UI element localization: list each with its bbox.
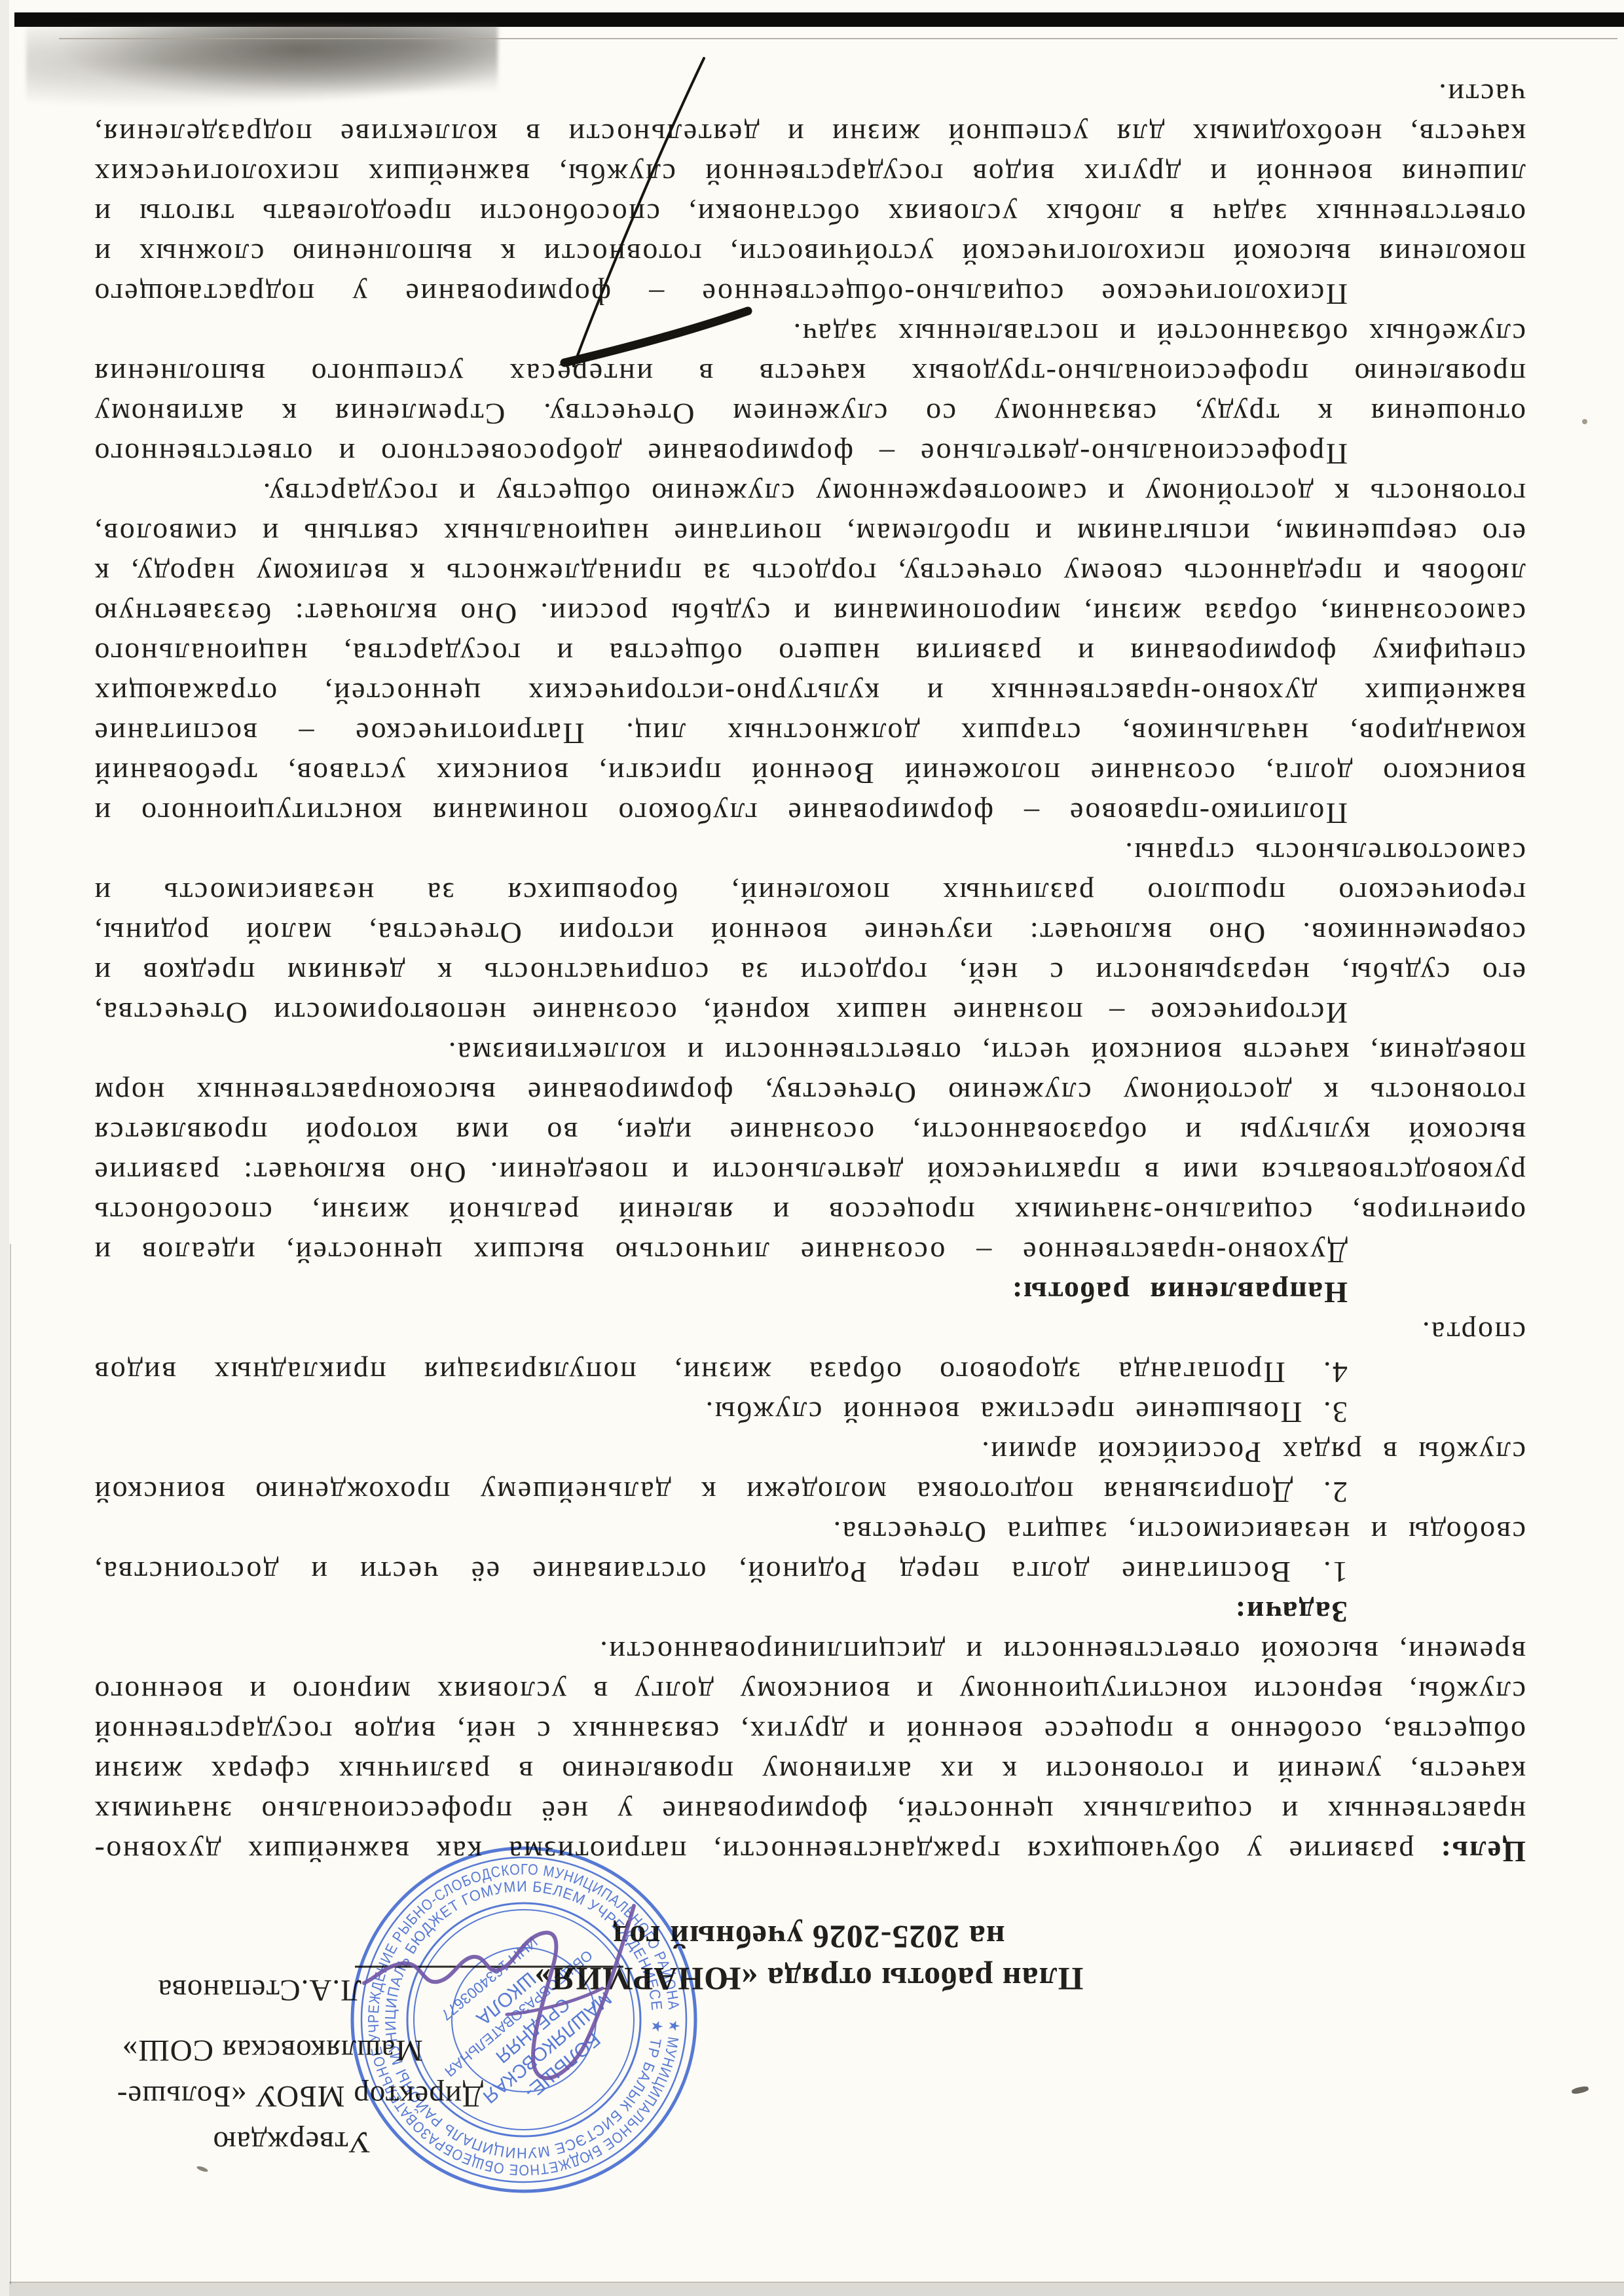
document-content-rotated: Утверждаю Директор МБОУ «Больше- Машляко… bbox=[0, 0, 1624, 2296]
body-paragraph: Политико-правовое – формирование глубоко… bbox=[93, 474, 1526, 833]
body-paragraph: Задачи: bbox=[93, 1592, 1526, 1632]
body-paragraph: 1. Воспитание долга перед Родиной, отста… bbox=[93, 1512, 1526, 1592]
scan-paper-edge-line bbox=[59, 38, 1617, 39]
body-paragraph: Духовно-нравственное – осознание личност… bbox=[93, 1033, 1526, 1273]
document-body: Цель: развитие у обучающихся гражданстве… bbox=[93, 75, 1526, 1872]
approval-director-line: Директор МБОУ «Больше- bbox=[64, 2073, 483, 2119]
scan-edge-left-strip bbox=[0, 0, 9, 2296]
paragraph-lead: Задачи: bbox=[1234, 1595, 1348, 1629]
body-paragraph: Психологическое социально-общественное –… bbox=[93, 75, 1526, 314]
body-paragraph: Цель: развитие у обучающихся гражданстве… bbox=[93, 1632, 1526, 1872]
title-line-1: План работы отряда «ЮНАРМИЯ» bbox=[92, 1958, 1526, 2000]
body-paragraph: 2. Допризывная подготовка молодежи к дал… bbox=[93, 1432, 1526, 1512]
body-paragraph: Историческое – познание наших корней, ос… bbox=[93, 833, 1526, 1033]
scan-toner-smudge bbox=[26, 24, 498, 109]
stamp-center-line: МАШЛЯКОВСКАЯ bbox=[479, 1988, 616, 2107]
stamp-center-line: СРЕДНЯЯ bbox=[492, 1994, 574, 2068]
paragraph-lead: Направления работы: bbox=[1011, 1276, 1348, 1309]
stamp-center-line: БОЛЬШЕ- bbox=[521, 2028, 604, 2104]
title-line-2: на 2025-2026 учебный год bbox=[92, 1916, 1526, 1958]
document-title: План работы отряда «ЮНАРМИЯ» на 2025-202… bbox=[92, 1916, 1526, 2000]
body-paragraph: 4. Пропаганда здорового образа жизни, по… bbox=[93, 1313, 1526, 1393]
scan-edge-left-line bbox=[10, 1244, 11, 2284]
scan-speck bbox=[1582, 419, 1587, 424]
paragraph-lead: Цель: bbox=[1439, 1835, 1526, 1868]
body-paragraph: Профессионально-деятельное – формировани… bbox=[93, 314, 1526, 474]
scan-edge-bottom-strip bbox=[0, 2282, 1624, 2296]
body-paragraph: 3. Повышение престижа военной службы. bbox=[93, 1393, 1526, 1432]
body-paragraph: Направления работы: bbox=[93, 1273, 1526, 1313]
approval-word: Утверждаю bbox=[64, 2119, 483, 2165]
approval-school-line: Машляковская СОШ» bbox=[64, 2028, 483, 2073]
scanned-page: Утверждаю Директор МБОУ «Больше- Машляко… bbox=[0, 0, 1624, 2296]
